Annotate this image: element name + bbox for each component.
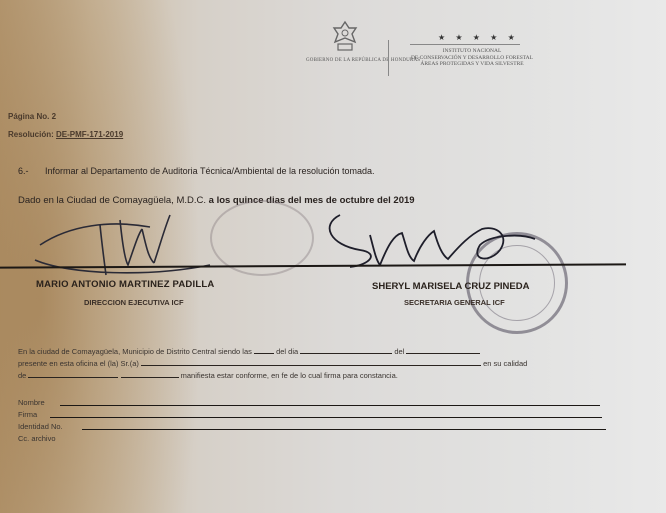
page-number: Página No. 2 bbox=[8, 112, 56, 121]
stars-icon: ★ ★ ★ ★ ★ bbox=[438, 33, 519, 42]
identidad-line[interactable] bbox=[82, 429, 606, 430]
month-blank[interactable] bbox=[406, 346, 480, 354]
government-caption: GOBIERNO DE LA REPÚBLICA DE HONDURAS bbox=[306, 58, 386, 64]
notification-text: manifiesta estar conforme, en fe de lo c… bbox=[181, 371, 398, 380]
notification-line-3: de manifiesta estar conforme, en fe de l… bbox=[18, 370, 398, 380]
signature-director-icon bbox=[30, 205, 220, 280]
hour-blank[interactable] bbox=[254, 346, 274, 354]
institute-line-3: ÁREAS PROTEGIDAS Y VIDA SILVESTRE bbox=[392, 61, 552, 68]
notification-line-1: En la ciudad de Comayagüela, Municipio d… bbox=[18, 346, 480, 356]
director-name: MARIO ANTONIO MARTINEZ PADILLA bbox=[36, 279, 214, 290]
nombre-line[interactable] bbox=[60, 405, 600, 406]
notification-text: del bbox=[394, 347, 404, 356]
honduras-crest-icon bbox=[330, 20, 360, 54]
issued-statement: Dado en la Ciudad de Comayagüela, M.D.C.… bbox=[18, 195, 415, 206]
resolution-label: Resolución: bbox=[8, 130, 54, 139]
resolution-ref: Resolución: DE-PMF-171-2019 bbox=[8, 130, 123, 139]
identidad-label: Identidad No. bbox=[18, 422, 63, 431]
cc-archivo: Cc. archivo bbox=[18, 434, 56, 443]
issued-place: Dado en la Ciudad de Comayagüela, M.D.C. bbox=[18, 195, 206, 206]
notification-text: del dia bbox=[276, 347, 298, 356]
notification-text: de bbox=[18, 371, 26, 380]
item-text: Informar al Departamento de Auditoria Té… bbox=[45, 166, 375, 176]
institute-caption: INSTITUTO NACIONAL DE CONSERVACIÓN Y DES… bbox=[392, 48, 552, 68]
firma-label: Firma bbox=[18, 410, 37, 419]
item-number: 6.- bbox=[18, 166, 29, 176]
nombre-label: Nombre bbox=[18, 398, 45, 407]
capacity-blank-2[interactable] bbox=[121, 370, 179, 378]
notification-line-2: presente en esta oficina el (la) Sr.(a) … bbox=[18, 358, 527, 368]
resolution-number: DE-PMF-171-2019 bbox=[56, 130, 123, 139]
notification-text: en su calidad bbox=[483, 359, 527, 368]
resolution-item-6: 6.- Informar al Departamento de Auditori… bbox=[18, 166, 375, 176]
day-blank[interactable] bbox=[300, 346, 392, 354]
person-blank[interactable] bbox=[141, 358, 481, 366]
firma-line[interactable] bbox=[50, 417, 602, 418]
secretary-name: SHERYL MARISELA CRUZ PINEDA bbox=[372, 281, 529, 292]
capacity-blank[interactable] bbox=[28, 370, 118, 378]
letterhead-rule bbox=[410, 44, 520, 45]
letterhead-divider bbox=[388, 40, 389, 76]
director-role: DIRECCION EJECUTIVA ICF bbox=[84, 298, 184, 307]
document-page: GOBIERNO DE LA REPÚBLICA DE HONDURAS ★ ★… bbox=[0, 0, 666, 513]
notification-text: presente en esta oficina el (la) Sr.(a) bbox=[18, 359, 139, 368]
notification-text: En la ciudad de Comayagüela, Municipio d… bbox=[18, 347, 252, 356]
secretary-role: SECRETARIA GENERAL ICF bbox=[404, 298, 505, 307]
